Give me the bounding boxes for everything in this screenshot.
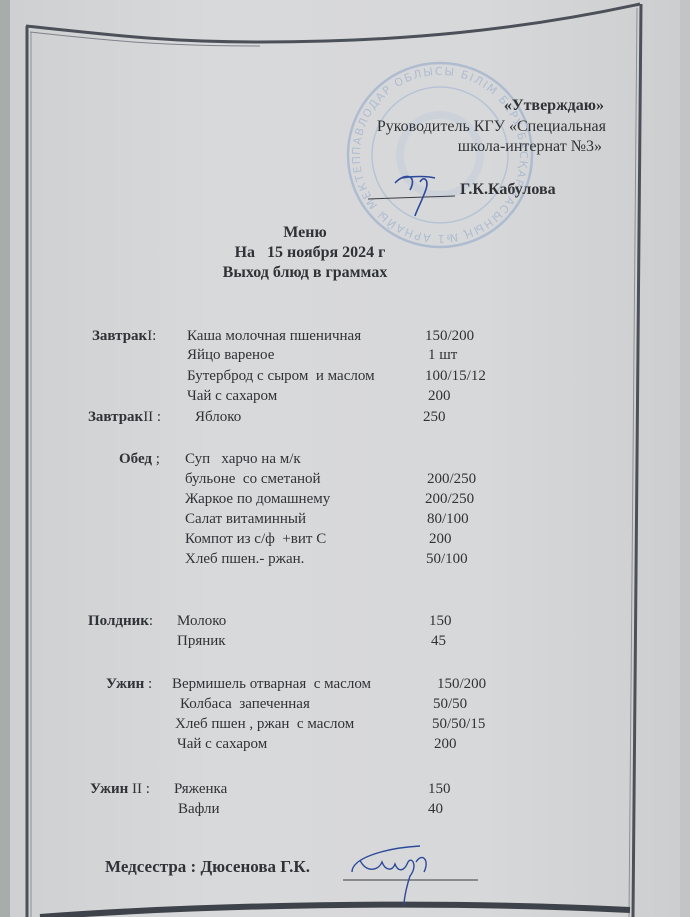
menu-item-portion: 200 (434, 735, 457, 754)
menu-item-name: Ряженка (174, 780, 227, 799)
menu-date: На 15 ноября 2024 г (180, 243, 440, 263)
menu-item-name: Суп харчо на м/к (185, 450, 301, 469)
nurse-signature-label: Медсестра : Дюсенова Г.К. (105, 857, 310, 877)
menu-title: Меню (200, 223, 410, 243)
approval-school: школа-интернат №3» (458, 137, 602, 157)
meal-label: ЗавтракI: (92, 327, 156, 346)
menu-item-portion: 200 (428, 387, 451, 406)
menu-item-name: Вермишель отварная с маслом (172, 675, 371, 694)
menu-item-name: Яйцо вареное (187, 346, 274, 365)
approval-heading: «Утверждаю» (504, 96, 604, 116)
menu-item-name: Компот из с/ф +вит С (185, 530, 326, 549)
background-right (680, 0, 690, 917)
menu-item-portion: 50/50 (433, 695, 467, 714)
menu-item-name: Молоко (177, 612, 226, 631)
menu-item-name: Яблоко (195, 408, 241, 427)
menu-item-portion: 200/250 (427, 470, 476, 489)
menu-subtitle: Выход блюд в граммах (170, 263, 440, 283)
meal-label: Ужин II : (90, 780, 150, 799)
menu-item-name: бульоне со сметаной (185, 470, 321, 489)
menu-item-portion: 150/200 (425, 327, 474, 346)
menu-item-name: Чай с сахаром (177, 735, 267, 754)
menu-item-portion: 100/15/12 (425, 367, 486, 386)
approval-position: Руководитель КГУ «Специальная (377, 117, 606, 137)
menu-item-name: Чай с сахаром (187, 387, 277, 406)
menu-item-portion: 50/100 (426, 550, 468, 569)
menu-item-portion: 200 (429, 530, 452, 549)
menu-item-portion: 40 (428, 800, 443, 819)
menu-item-portion: 80/100 (427, 510, 469, 529)
meal-label: Полдник: (88, 612, 153, 631)
menu-item-portion: 150 (428, 780, 451, 799)
menu-item-portion: 1 шт (428, 346, 457, 365)
menu-item-name: Вафли (178, 800, 220, 819)
menu-item-name: Салат витаминный (185, 510, 306, 529)
meal-label: ЗавтракII : (88, 408, 161, 427)
menu-item-portion: 45 (431, 632, 446, 651)
menu-item-name: Пряник (177, 632, 226, 651)
menu-item-name: Хлеб пшен.- ржан. (185, 550, 304, 569)
menu-item-name: Колбаса запеченная (180, 695, 310, 714)
director-name: Г.К.Кабулова (460, 180, 556, 200)
menu-item-name: Каша молочная пшеничная (187, 327, 361, 346)
menu-item-name: Жаркое по домашнему (185, 490, 330, 509)
menu-item-portion: 200/250 (425, 490, 474, 509)
menu-item-portion: 150 (429, 612, 452, 631)
meal-label: Обед ; (119, 450, 160, 469)
menu-item-portion: 50/50/15 (432, 715, 485, 734)
menu-item-name: Бутерброд с сыром и маслом (187, 367, 375, 386)
menu-item-name: Хлеб пшен , ржан с маслом (175, 715, 354, 734)
menu-item-portion: 250 (423, 408, 446, 427)
meal-label: Ужин : (106, 675, 152, 694)
menu-item-portion: 150/200 (437, 675, 486, 694)
